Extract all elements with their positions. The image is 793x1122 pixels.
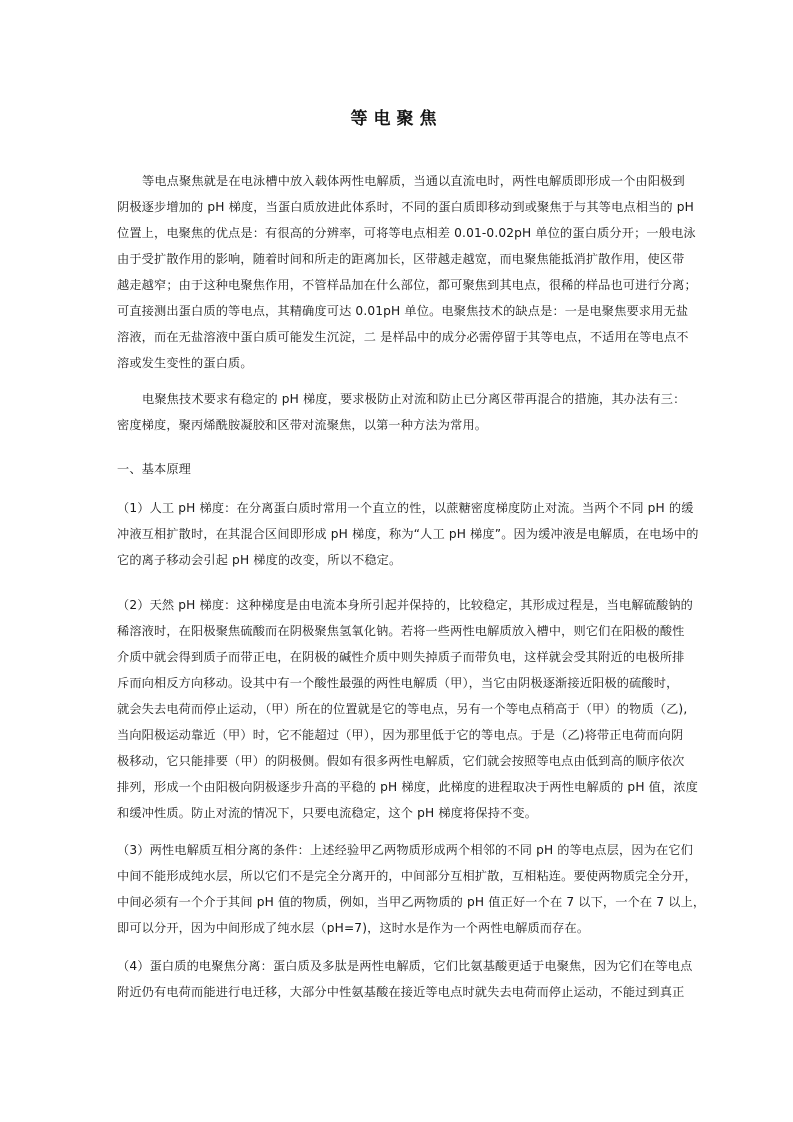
text-line: 越走越窄；由于这种电聚焦作用，不管样品加在什么部位，都可聚焦到其电点，很稀的样品…	[117, 277, 677, 293]
text-line: 可直接测出蛋白质的等电点，其精确度可达 0.01pH 单位。电聚焦技术的缺点是：…	[117, 303, 677, 319]
text-line: 溶或发生变性的蛋白质。	[117, 355, 677, 371]
text-line: 稀溶液时，在阳极聚焦硫酸而在阴极聚焦氢氧化钠。若将一些两性电解质放入槽中，则它们…	[117, 623, 677, 639]
text-line: 冲液互相扩散时，在其混合区间即形成 pH 梯度，称为“人工 pH 梯度”。因为缓…	[117, 526, 677, 542]
text-line: （2）天然 pH 梯度：这种梯度是由电流本身所引起并保持的，比较稳定，其形成过程…	[117, 597, 677, 613]
text-line: 斥而向相反方向移动。设其中有一个酸性最强的两性电解质（甲），当它由阴极逐渐接近阳…	[117, 675, 677, 691]
text-line: 和缓冲性质。防止对流的情况下，只要电流稳定，这个 pH 梯度将保持不变。	[117, 805, 677, 821]
text-line: 由于受扩散作用的影响，随着时间和所走的距离加长，区带越走越宽，而电聚焦能抵消扩散…	[117, 251, 677, 267]
text-line: 溶液，而在无盐溶液中蛋白质可能发生沉淀，二 是样品中的成分必需停留于其等电点，不…	[117, 329, 677, 345]
text-line: 极移动，它只能排要（甲）的阴极侧。假如有很多两性电解质，它们就会按照等电点由低到…	[117, 753, 677, 769]
section-heading: 一、基本原理	[117, 461, 677, 477]
text-line: 中间不能形成纯水层，所以它们不是完全分离开的，中间部分互相扩散，互相粘连。要使两…	[117, 868, 677, 884]
text-line: （3）两性电解质互相分离的条件：上述经验甲乙两物质形成两个相邻的不同 pH 的等…	[117, 842, 677, 858]
text-line: 排列，形成一个由阳极向阴极逐步升高的平稳的 pH 梯度，此梯度的进程取决于两性电…	[117, 779, 677, 795]
text-line: 位置上，电聚焦的优点是：有很高的分辨率，可将等电点相差 0.01-0.02pH …	[117, 225, 677, 241]
text-line: 当向阳极运动靠近（甲）时，它不能超过（甲），因为那里低于它的等电点。于是（乙)将…	[117, 727, 677, 743]
text-line: 电聚焦技术要求有稳定的 pH 梯度，要求极防止对流和防止已分离区带再混合的措施，…	[142, 391, 677, 407]
text-line: 即可以分开，因为中间形成了纯水层（pH=7)，这时水是作为一个两性电解质而存在。	[117, 920, 677, 936]
text-line: 就会失去电荷而停止运动，（甲）所在的位置就是它的等电点，另有一个等电点稍高于（甲…	[117, 701, 677, 717]
text-line: （4）蛋白质的电聚焦分离：蛋白质及多肽是两性电解质，它们比氨基酸更适于电聚焦，因…	[117, 958, 677, 974]
text-line: 附近仍有电荷而能进行电迁移，大部分中性氨基酸在接近等电点时就失去电荷而停止运动，…	[117, 984, 677, 1000]
text-line: 介质中就会得到质子而带正电，在阴极的碱性介质中则失掉质子而带负电，这样就会受其附…	[117, 649, 677, 665]
document-page: 等电聚焦 等电点聚焦就是在电泳槽中放入载体两性电解质，当通以直流电时，两性电解质…	[0, 0, 793, 1122]
document-title: 等电聚焦	[0, 104, 793, 129]
text-line: 密度梯度，聚丙烯酰胺凝胶和区带对流聚焦，以第一种方法为常用。	[117, 417, 677, 433]
text-line: 等电点聚焦就是在电泳槽中放入载体两性电解质，当通以直流电时，两性电解质即形成一个…	[142, 173, 677, 189]
text-line: 它的离子移动会引起 pH 梯度的改变，所以不稳定。	[117, 552, 677, 568]
text-line: （1）人工 pH 梯度：在分离蛋白质时常用一个直立的性，以蔗糖密度梯度防止对流。…	[117, 500, 677, 516]
text-line: 阴极逐步增加的 pH 梯度，当蛋白质放进此体系时，不同的蛋白质即移动到或聚焦于与…	[117, 199, 677, 215]
text-line: 中间必须有一个介于其间 pH 值的物质，例如，当甲乙两物质的 pH 值正好一个在…	[117, 894, 677, 910]
